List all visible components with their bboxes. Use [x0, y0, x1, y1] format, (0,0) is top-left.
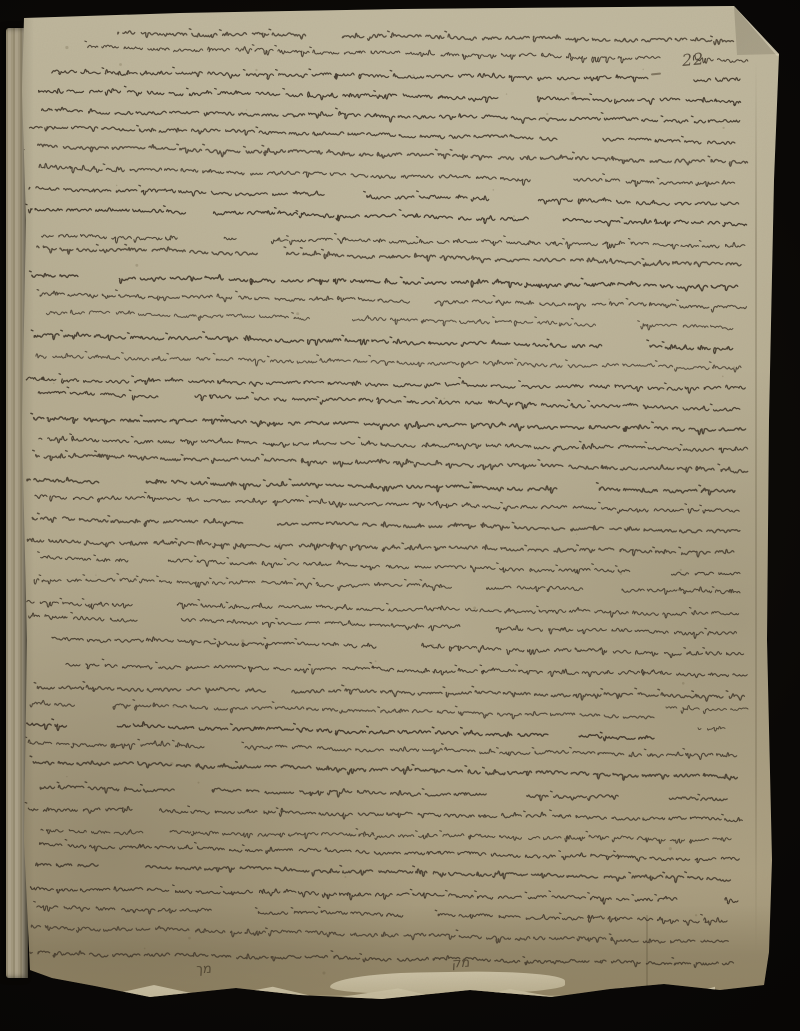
- paper-grain-texture: [0, 0, 800, 1031]
- scan-background: 22 מק מך: [0, 0, 800, 1031]
- manuscript-page: 22 מק מך: [0, 0, 800, 1031]
